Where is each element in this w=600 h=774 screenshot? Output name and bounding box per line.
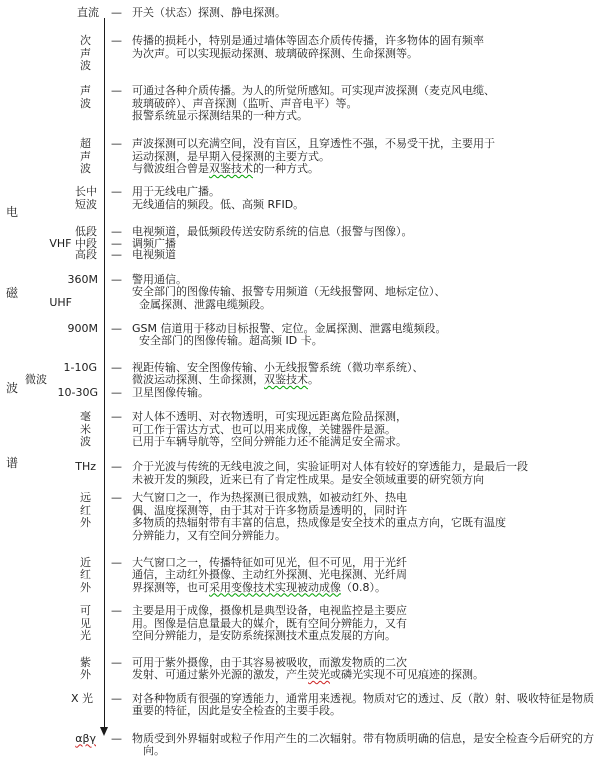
- band-label-1-10g: 1-10G: [0, 362, 97, 375]
- description-text: 无线通信的频段。低、高频 RFID。: [132, 198, 304, 211]
- band-description-dc: 开关（状态）探测、静电探测。: [132, 7, 286, 20]
- band-label-ultraviolet: 紫 外: [0, 657, 91, 682]
- description-text: 重要的特征，因此是安全检查的主要手段。: [132, 704, 341, 717]
- band-dash-visible-light: —: [111, 605, 122, 618]
- band-dash-long-medium-short-wave: —: [111, 186, 122, 199]
- band-description-long-medium-short-wave: 用于无线电广播。无线通信的频段。低、高频 RFID。: [132, 186, 304, 211]
- band-label-near-infrared: 近 红 外: [0, 557, 91, 595]
- band-description-360m: 警用通信。安全部门的图像传输、报警专用频道（无线报警网、地标定位）、 金属探测、…: [132, 274, 446, 312]
- description-text: 分辨能力，又有空间分辨能力。: [132, 529, 286, 542]
- band-label-microwave: 微波: [0, 374, 47, 387]
- description-text: 声波探测可以充满空间，没有盲区，且穿透性不强，不易受干扰，主要用于: [132, 137, 495, 150]
- description-text: 用于无线电广播。: [132, 185, 220, 198]
- band-dash-ultrasound: —: [111, 138, 122, 151]
- description-line: 开关（状态）探测、静电探测。: [132, 7, 286, 20]
- description-line: 电视频道: [132, 249, 176, 262]
- description-line: 界探测等，也可采用变像技术实现被动成像（0.8）。: [132, 582, 407, 595]
- description-text: 安全部门的图像传输、报警专用频道（无线报警网、地标定位）、: [132, 285, 446, 298]
- description-text: 报警系统显示探测结果的一种方式。: [132, 109, 308, 122]
- description-text: 视距传输、安全图像传输、小无线报警系统（微功率系统）、: [132, 361, 424, 374]
- band-label-ultrasound: 超 声 波: [0, 138, 91, 176]
- band-label-dc: 直流: [0, 7, 99, 20]
- band-dash-1-10g: —: [111, 362, 122, 375]
- description-line: 向。: [132, 745, 594, 758]
- description-text: 偶、温度探测等，由于其对于许多物质是透明的，同时许: [132, 504, 407, 517]
- description-text: 开关（状态）探测、静电探测。: [132, 6, 286, 19]
- description-line: 未被开发的频段，近来已有了肯定性成果。是安全领域重要的研究领方向: [132, 474, 528, 487]
- band-label-infrasound: 次 声 波: [0, 35, 91, 73]
- description-text: 卫星图像传输。: [132, 386, 209, 399]
- description-text: 界探测等，也可: [132, 581, 209, 594]
- band-description-thz: 介于光波与传统的无线电波之间，实验证明对人体有较好的穿透能力，是最后一段未被开发…: [132, 461, 528, 486]
- description-text: 可通过各种介质传播。为人的所觉所感知。可实现声波探测（麦克风电缆、: [132, 84, 495, 97]
- description-text: 物质受到外界辐射或粒子作用产生的二次辐射。带有物质明确的信息，是安全检查今后研究…: [132, 732, 594, 745]
- band-dash-millimeter-wave: —: [111, 411, 122, 424]
- description-text: 安全部门的图像传输。超高频 ID 卡。: [132, 334, 323, 347]
- description-line: 已用于车辆导航等，空间分辨能力还不能满足安全需求。: [132, 436, 407, 449]
- band-label-sound-wave: 声 波: [0, 85, 91, 110]
- description-text: 通信，主动红外摄像、主动红外探测、光电探测、光纤周: [132, 568, 407, 581]
- description-line: 与微波组合曾是双鉴技术的一种方式。: [132, 163, 495, 176]
- band-description-x-ray: 对各种物质有很强的穿透能力，通常用来透视。物质对它的透过、反（散）射、吸收特征是…: [132, 693, 594, 718]
- description-line: 金属探测、泄露电缆频段。: [132, 299, 446, 312]
- description-text: GSM 信道用于移动目标报警、定位。金属探测、泄露电缆频段。: [132, 322, 447, 335]
- description-text: 发射、可通过紫外光源的激发，产生: [132, 668, 308, 681]
- description-text: 或磷光实现不可见痕迹的探测。: [330, 668, 484, 681]
- description-text: 对人体不透明、对衣物透明，可实现远距离危险品探测，: [132, 410, 407, 423]
- description-text: 用。图像是信息量最大的媒介，既有空间分辨能力，又有: [132, 617, 407, 630]
- highlighted-term: 双鉴技术: [264, 373, 308, 386]
- description-line: 空间分辨能力，是安防系统探测技术重点发展的方向。: [132, 630, 407, 643]
- description-text: 。: [308, 373, 319, 386]
- band-description-sound-wave: 可通过各种介质传播。为人的所觉所感知。可实现声波探测（麦克风电缆、玻璃破碎）、声…: [132, 85, 495, 123]
- description-text: 空间分辨能力，是安防系统探测技术重点发展的方向。: [132, 629, 396, 642]
- spectrum-diagram-page: 电磁波谱UHF微波直流—开关（状态）探测、静电探测。次 声 波—传播的损耗小，特…: [0, 0, 600, 774]
- description-text: 已用于车辆导航等，空间分辨能力还不能满足安全需求。: [132, 435, 407, 448]
- band-description-alpha-beta-gamma: 物质受到外界辐射或粒子作用产生的二次辐射。带有物质明确的信息，是安全检查今后研究…: [132, 733, 594, 758]
- band-description-vhf-high: 电视频道: [132, 249, 176, 262]
- band-description-near-infrared: 大气窗口之一，传播特征如可见光，但不可见，用于光纤通信，主动红外摄像、主动红外探…: [132, 557, 407, 595]
- band-description-10-30g: 卫星图像传输。: [132, 387, 209, 400]
- band-label-900m: 900M: [0, 323, 98, 336]
- description-line: 分辨能力，又有空间分辨能力。: [132, 530, 506, 543]
- description-text: 多物质的热辐射带有丰富的信息，热成像是安全技术的重点方向，它既有温度: [132, 516, 506, 529]
- band-dash-near-infrared: —: [111, 557, 122, 570]
- description-text: 电视频道: [132, 248, 176, 261]
- band-dash-vhf-high: —: [111, 249, 122, 262]
- description-text: 可用于紫外摄像，由于其容易被吸收，而激发物质的二次: [132, 656, 407, 669]
- band-label-uhf: UHF: [0, 297, 72, 310]
- band-dash-thz: —: [111, 461, 122, 474]
- band-label-vhf-high: 高段: [0, 249, 97, 262]
- description-text: 对各种物质有很强的穿透能力，通常用来透视。物质对它的透过、反（散）射、吸收特征是…: [132, 692, 594, 705]
- description-line: 发射、可通过紫外光源的激发，产生荧光或磷光实现不可见痕迹的探测。: [132, 669, 484, 682]
- band-description-ultrasound: 声波探测可以充满空间，没有盲区，且穿透性不强，不易受干扰，主要用于运动探测，是早…: [132, 138, 495, 176]
- description-line: 重要的特征，因此是安全检查的主要手段。: [132, 705, 594, 718]
- description-line: 安全部门的图像传输。超高频 ID 卡。: [132, 335, 447, 348]
- spectrum-axis-arrow-icon: [100, 727, 108, 736]
- description-text: 传播的损耗小，特别是通过墙体等固态介质传传播，许多物体的固有频率: [132, 34, 484, 47]
- description-line: 卫星图像传输。: [132, 387, 209, 400]
- band-dash-infrasound: —: [111, 35, 122, 48]
- band-label-x-ray: X 光: [0, 693, 93, 706]
- band-dash-sound-wave: —: [111, 85, 122, 98]
- description-text: 金属探测、泄露电缆频段。: [132, 298, 271, 311]
- band-description-ultraviolet: 可用于紫外摄像，由于其容易被吸收，而激发物质的二次发射、可通过紫外光源的激发，产…: [132, 657, 484, 682]
- band-description-infrasound: 传播的损耗小，特别是通过墙体等固态介质传传播，许多物体的固有频率为次声。可以实现…: [132, 35, 484, 60]
- band-dash-dc: —: [111, 7, 122, 20]
- description-text: 大气窗口之一，作为热探测已很成熟，如被动红外、热电: [132, 491, 407, 504]
- highlighted-term: 双鉴技术: [209, 162, 253, 175]
- description-text: 微波运动探测、生命探测，: [132, 373, 264, 386]
- band-label-thz: THz: [0, 461, 96, 474]
- highlighted-term: 荧光: [308, 668, 330, 681]
- description-line: 报警系统显示探测结果的一种方式。: [132, 110, 495, 123]
- band-description-far-infrared: 大气窗口之一，作为热探测已很成熟，如被动红外、热电偶、温度探测等，由于其对于许多…: [132, 492, 506, 542]
- band-dash-10-30g: —: [111, 387, 122, 400]
- description-text: （0.8）。: [341, 581, 386, 594]
- description-text: 的一种方式。: [253, 162, 319, 175]
- description-text: 介于光波与传统的无线电波之间，实验证明对人体有较好的穿透能力，是最后一段: [132, 460, 528, 473]
- band-description-visible-light: 主要是用于成像，摄像机是典型设备，电视监控是主要应用。图像是信息量最大的媒介，既…: [132, 605, 407, 643]
- description-text: 与微波组合曾是: [132, 162, 209, 175]
- band-dash-alpha-beta-gamma: —: [111, 733, 122, 746]
- band-dash-900m: —: [111, 323, 122, 336]
- description-line: 无线通信的频段。低、高频 RFID。: [132, 199, 304, 212]
- description-text: 未被开发的频段，近来已有了肯定性成果。是安全领域重要的研究领方向: [132, 473, 484, 486]
- description-text: 向。: [132, 744, 165, 757]
- band-description-900m: GSM 信道用于移动目标报警、定位。金属探测、泄露电缆频段。 安全部门的图像传输…: [132, 323, 447, 348]
- description-text: 玻璃破碎）、声音探测（监听、声音电平）等。: [132, 97, 358, 110]
- description-text: 可工作于雷达方式、也可以用来成像，关键器件是源。: [132, 423, 396, 436]
- spectrum-axis-line: [104, 18, 105, 727]
- band-label-far-infrared: 远 红 外: [0, 492, 91, 530]
- highlighted-term: 采用变像技术实现被动成像: [209, 581, 341, 594]
- band-dash-far-infrared: —: [111, 492, 122, 505]
- band-label-millimeter-wave: 毫 米 波: [0, 411, 91, 449]
- description-text: 大气窗口之一，传播特征如可见光，但不可见，用于光纤: [132, 556, 407, 569]
- description-line: 为次声。可以实现振动探测、玻璃破碎探测、生命探测等。: [132, 48, 484, 61]
- description-line: 物质受到外界辐射或粒子作用产生的二次辐射。带有物质明确的信息，是安全检查今后研究…: [132, 733, 594, 746]
- band-dash-x-ray: —: [111, 693, 122, 706]
- description-text: 运动探测，是早期入侵探测的主要方式。: [132, 150, 330, 163]
- description-text: 警用通信。: [132, 273, 187, 286]
- band-description-millimeter-wave: 对人体不透明、对衣物透明，可实现远距离危险品探测，可工作于雷达方式、也可以用来成…: [132, 411, 407, 449]
- description-text: 主要是用于成像，摄像机是典型设备，电视监控是主要应: [132, 604, 407, 617]
- band-description-1-10g: 视距传输、安全图像传输、小无线报警系统（微功率系统）、微波运动探测、生命探测，双…: [132, 362, 424, 387]
- band-label-long-medium-short-wave: 长中 短波: [0, 186, 97, 211]
- band-dash-360m: —: [111, 274, 122, 287]
- description-text: 为次声。可以实现振动探测、玻璃破碎探测、生命探测等。: [132, 47, 418, 60]
- band-label-360m: 360M: [0, 274, 98, 287]
- band-label-visible-light: 可 见 光: [0, 605, 91, 643]
- band-label-alpha-beta-gamma: αβγ: [0, 733, 96, 746]
- band-label-10-30g: 10-30G: [0, 387, 98, 400]
- band-dash-ultraviolet: —: [111, 657, 122, 670]
